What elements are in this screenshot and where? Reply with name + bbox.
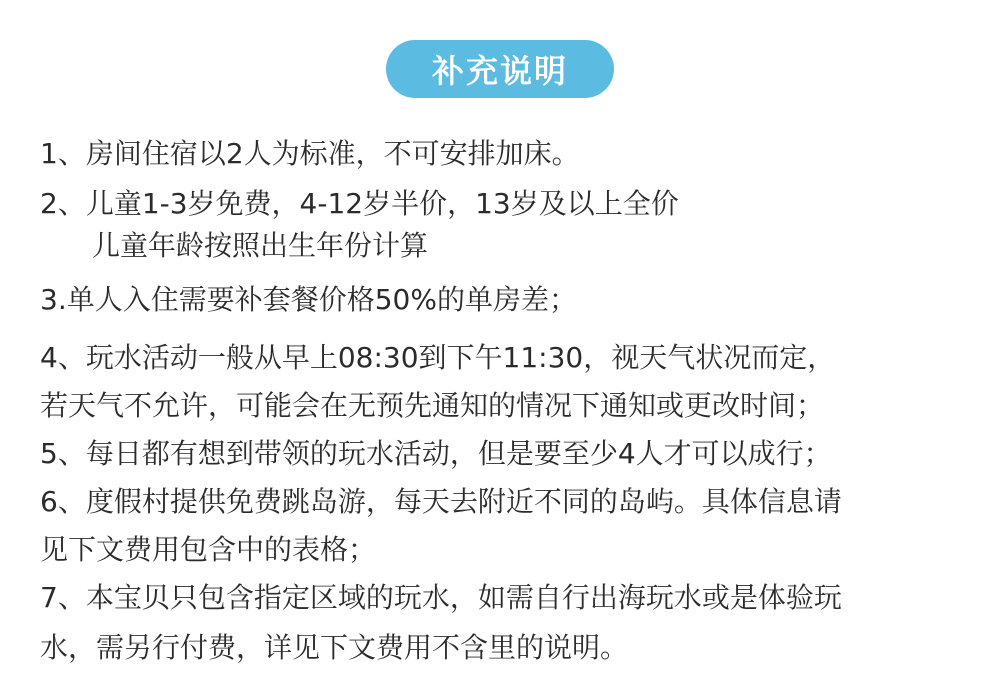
note-line: 见下文费用包含中的表格； bbox=[40, 532, 376, 568]
note-line: 水，需另行付费，详见下文费用不含里的说明。 bbox=[40, 630, 628, 666]
note-line: 1、房间住宿以2人为标准，不可安排加床。 bbox=[40, 136, 580, 172]
note-line: 3.单人入住需要补套餐价格50%的单房差； bbox=[40, 282, 577, 318]
note-line: 7、本宝贝只包含指定区域的玩水，如需自行出海玩水或是体验玩 bbox=[40, 580, 842, 616]
note-line: 5、每日都有想到带领的玩水活动，但是要至少4人才可以成行； bbox=[40, 436, 832, 472]
note-line: 6、度假村提供免费跳岛游，每天去附近不同的岛屿。具体信息请 bbox=[40, 484, 842, 520]
note-line: 4、玩水活动一般从早上08:30到下午11:30，视天气状况而定， bbox=[40, 340, 835, 376]
note-line: 2、儿童1-3岁免费，4-12岁半价，13岁及以上全价 bbox=[40, 186, 679, 222]
note-line: 若天气不允许，可能会在无预先通知的情况下通知或更改时间； bbox=[40, 388, 824, 424]
section-title: 补充说明 bbox=[432, 46, 568, 92]
section-title-badge: 补充说明 bbox=[386, 40, 614, 98]
note-line: 儿童年龄按照出生年份计算 bbox=[92, 228, 428, 264]
